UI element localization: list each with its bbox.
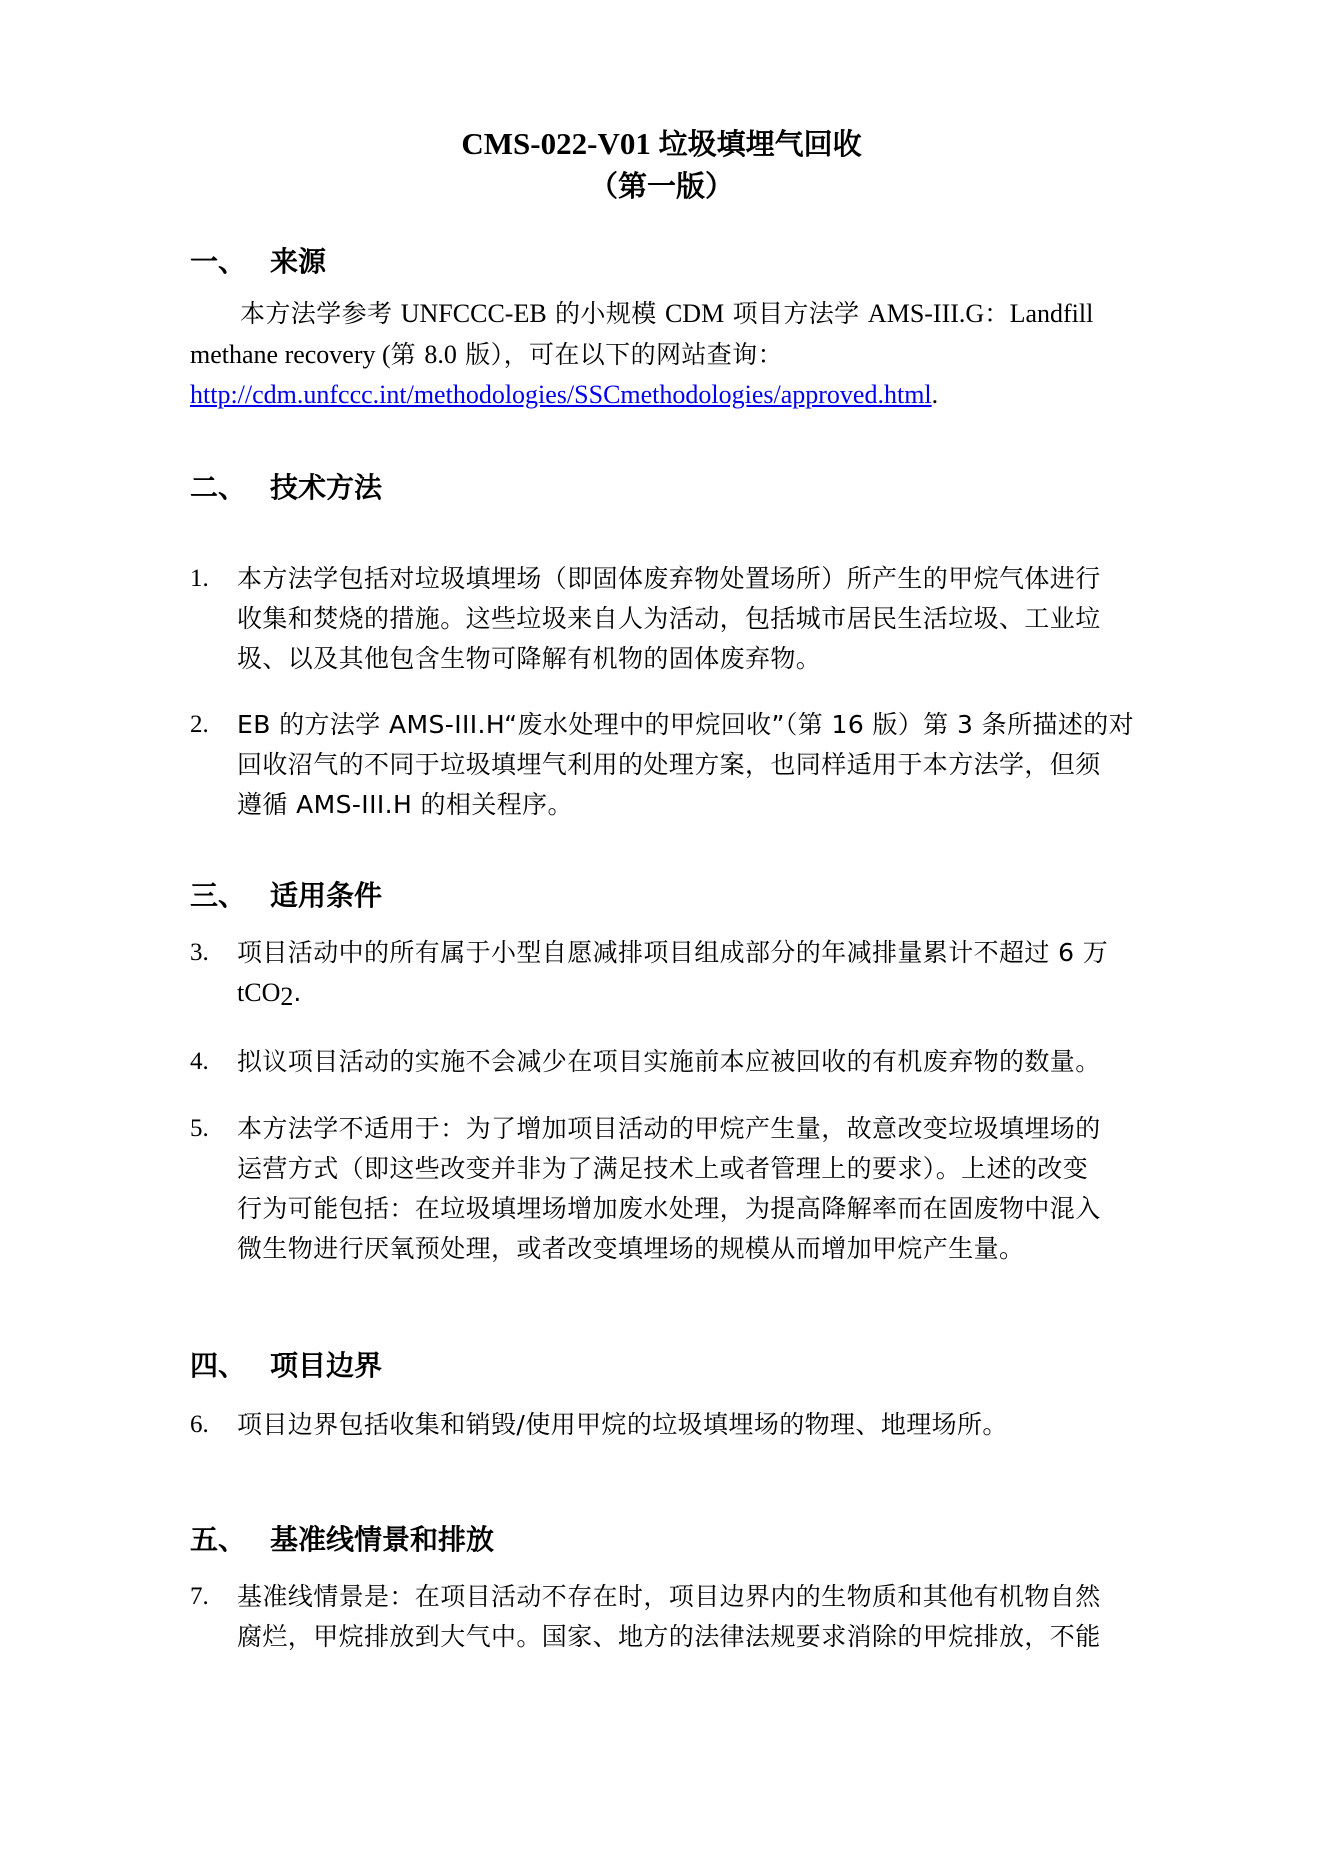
title-code: CMS-022-V01 xyxy=(461,126,650,161)
section-heading-technical-method: 二、技术方法 xyxy=(190,470,382,506)
link-suffix: . xyxy=(932,380,939,409)
section-number: 三、 xyxy=(190,878,270,914)
item-2-line-3: 遵循 AMS-III.H 的相关程序。 xyxy=(237,788,573,822)
item-2-line-2: 回收沼气的不同于垃圾填埋气利用的处理方案，也同样适用于本方法学，但须 xyxy=(237,748,1101,782)
text: 8.0 xyxy=(424,340,457,369)
item-7-line-2: 腐烂，甲烷排放到大气中。国家、地方的法律法规要求消除的甲烷排放，不能 xyxy=(237,1620,1101,1654)
text: AMS-III.G xyxy=(868,299,984,328)
source-paragraph-line-2: methane recovery (第 8.0 版），可在以下的网站查询： xyxy=(190,338,783,372)
section-heading-project-boundary: 四、项目边界 xyxy=(190,1348,382,1384)
document-page: CMS-022-V01 垃圾填埋气回收 （第一版） 一、来源 本方法学参考 UN… xyxy=(0,0,1323,1871)
unit-subscript: 2 xyxy=(280,982,293,1011)
section-heading-applicability: 三、适用条件 xyxy=(190,878,382,914)
item-3-line-1: 项目活动中的所有属于小型自愿减排项目组成部分的年减排量累计不超过 6 万 xyxy=(237,936,1108,970)
item-number: 2. xyxy=(190,708,209,742)
section-title: 项目边界 xyxy=(270,1349,382,1382)
text: 的小规模 xyxy=(547,299,665,328)
section-title: 技术方法 xyxy=(270,471,382,504)
methodology-link[interactable]: http://cdm.unfccc.int/methodologies/SSCm… xyxy=(190,380,932,409)
item-5-line-4: 微生物进行厌氧预处理，或者改变填埋场的规模从而增加甲烷产生量。 xyxy=(237,1232,1024,1266)
section-number: 四、 xyxy=(190,1348,270,1384)
item-number: 3. xyxy=(190,936,209,970)
unit-suffix: . xyxy=(293,978,301,1007)
title-cn: 垃圾填埋气回收 xyxy=(659,127,862,161)
section-heading-source: 一、来源 xyxy=(190,244,326,280)
text: 项目方法学 xyxy=(724,299,868,328)
item-5-line-3: 行为可能包括：在垃圾填埋场增加废水处理，为提高降解率而在固废物中混入 xyxy=(237,1192,1101,1226)
section-title: 来源 xyxy=(270,245,326,278)
section-number: 五、 xyxy=(190,1522,270,1558)
item-5-line-1: 本方法学不适用于：为了增加项目活动的甲烷产生量，故意改变垃圾填埋场的 xyxy=(237,1112,1101,1146)
item-number: 4. xyxy=(190,1045,209,1079)
item-1-line-2: 收集和焚烧的措施。这些垃圾来自人为活动，包括城市居民生活垃圾、工业垃 xyxy=(237,602,1101,636)
document-title: CMS-022-V01 垃圾填埋气回收 xyxy=(0,124,1323,164)
item-3-line-2: tCO2. xyxy=(237,976,302,1010)
section-number: 二、 xyxy=(190,470,270,506)
item-number: 5. xyxy=(190,1112,209,1146)
item-1-line-1: 本方法学包括对垃圾填埋场（即固体废弃物处置场所）所产生的甲烷气体进行 xyxy=(237,562,1101,596)
item-number: 7. xyxy=(190,1580,209,1614)
text: 第 xyxy=(391,340,425,369)
section-title: 基准线情景和排放 xyxy=(270,1523,494,1556)
item-2-line-1: EB 的方法学 AMS-III.H“废水处理中的甲烷回收”（第 16 版）第 3… xyxy=(237,708,1134,742)
unit-prefix: tCO xyxy=(237,978,280,1007)
text: ： xyxy=(984,299,1009,328)
text: 版），可在以下的网站查询： xyxy=(457,340,783,369)
item-number: 6. xyxy=(190,1408,209,1442)
text: CDM xyxy=(665,299,724,328)
item-6-line-1: 项目边界包括收集和销毁/使用甲烷的垃圾填埋场的物理、地理场所。 xyxy=(237,1408,1008,1442)
section-number: 一、 xyxy=(190,244,270,280)
text: 本方法学参考 xyxy=(240,299,401,328)
text: UNFCCC-EB xyxy=(401,299,547,328)
source-paragraph-line-1: 本方法学参考 UNFCCC-EB 的小规模 CDM 项目方法学 AMS-III.… xyxy=(240,297,1093,331)
document-subtitle: （第一版） xyxy=(0,166,1323,206)
item-1-line-3: 圾、以及其他包含生物可降解有机物的固体废弃物。 xyxy=(237,642,821,676)
section-heading-baseline: 五、基准线情景和排放 xyxy=(190,1522,494,1558)
text: methane recovery ( xyxy=(190,340,391,369)
item-5-line-2: 运营方式（即这些改变并非为了满足技术上或者管理上的要求）。上述的改变 xyxy=(237,1152,1088,1186)
item-4-line-1: 拟议项目活动的实施不会减少在项目实施前本应被回收的有机废弃物的数量。 xyxy=(237,1045,1101,1079)
source-link-line: http://cdm.unfccc.int/methodologies/SSCm… xyxy=(190,378,938,412)
item-7-line-1: 基准线情景是：在项目活动不存在时，项目边界内的生物质和其他有机物自然 xyxy=(237,1580,1101,1614)
section-title: 适用条件 xyxy=(270,879,382,912)
item-number: 1. xyxy=(190,562,209,596)
text: Landfill xyxy=(1010,299,1094,328)
